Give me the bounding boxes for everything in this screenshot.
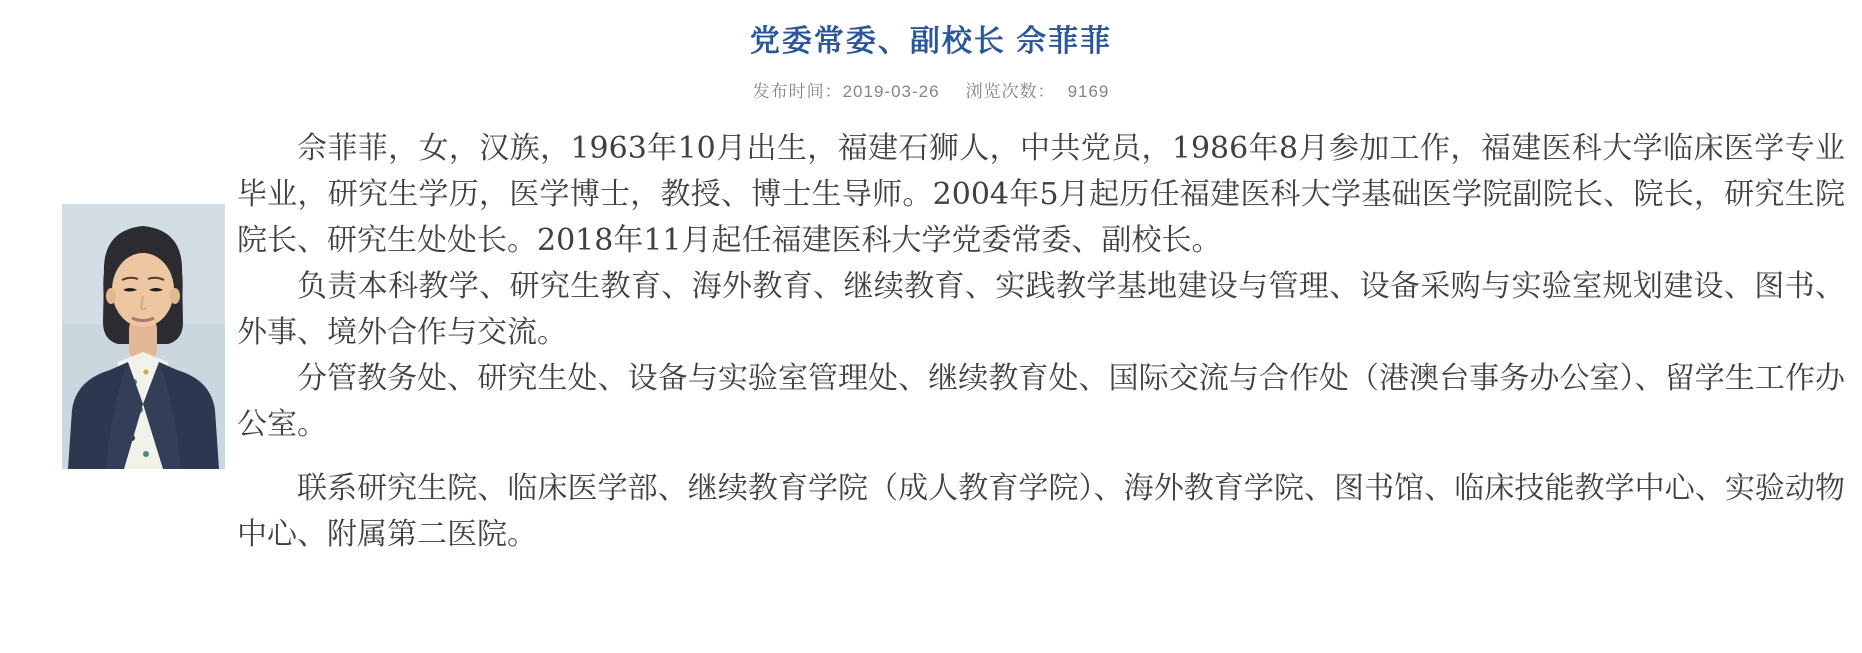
publish-date-label: 发布时间： (753, 82, 843, 101)
article-header: 党委常委、副校长 佘菲菲 发布时间：2019-03-26浏览次数：9169 (0, 0, 1862, 102)
portrait-photo (62, 204, 225, 469)
liaison-paragraph: 联系研究生院、临床医学部、继续教育学院（成人教育学院）、海外教育学院、图书馆、临… (237, 466, 1845, 558)
responsibilities-paragraph: 负责本科教学、研究生教育、海外教育、继续教育、实践教学基地建设与管理、设备采购与… (237, 264, 1845, 356)
article-meta: 发布时间：2019-03-26浏览次数：9169 (0, 77, 1862, 102)
article-body: 佘菲菲，女，汉族，1963年10月出生，福建石狮人，中共党员，1986年8月参加… (237, 126, 1845, 558)
view-count-group: 浏览次数：9169 (966, 77, 1110, 102)
photo-column (62, 126, 225, 469)
departments-paragraph: 分管教务处、研究生处、设备与实验室管理处、继续教育处、国际交流与合作处（港澳台事… (237, 356, 1845, 448)
page-title: 党委常委、副校长 佘菲菲 (750, 16, 1112, 60)
article-content: 佘菲菲，女，汉族，1963年10月出生，福建石狮人，中共党员，1986年8月参加… (62, 126, 1845, 558)
publish-date-value: 2019-03-26 (843, 82, 940, 101)
view-count-label: 浏览次数： (966, 82, 1056, 101)
publish-date-group: 发布时间：2019-03-26 (753, 77, 940, 102)
bio-paragraph: 佘菲菲，女，汉族，1963年10月出生，福建石狮人，中共党员，1986年8月参加… (237, 126, 1845, 264)
article-page: 党委常委、副校长 佘菲菲 发布时间：2019-03-26浏览次数：9169 (0, 0, 1862, 653)
view-count-value: 9169 (1068, 82, 1110, 101)
